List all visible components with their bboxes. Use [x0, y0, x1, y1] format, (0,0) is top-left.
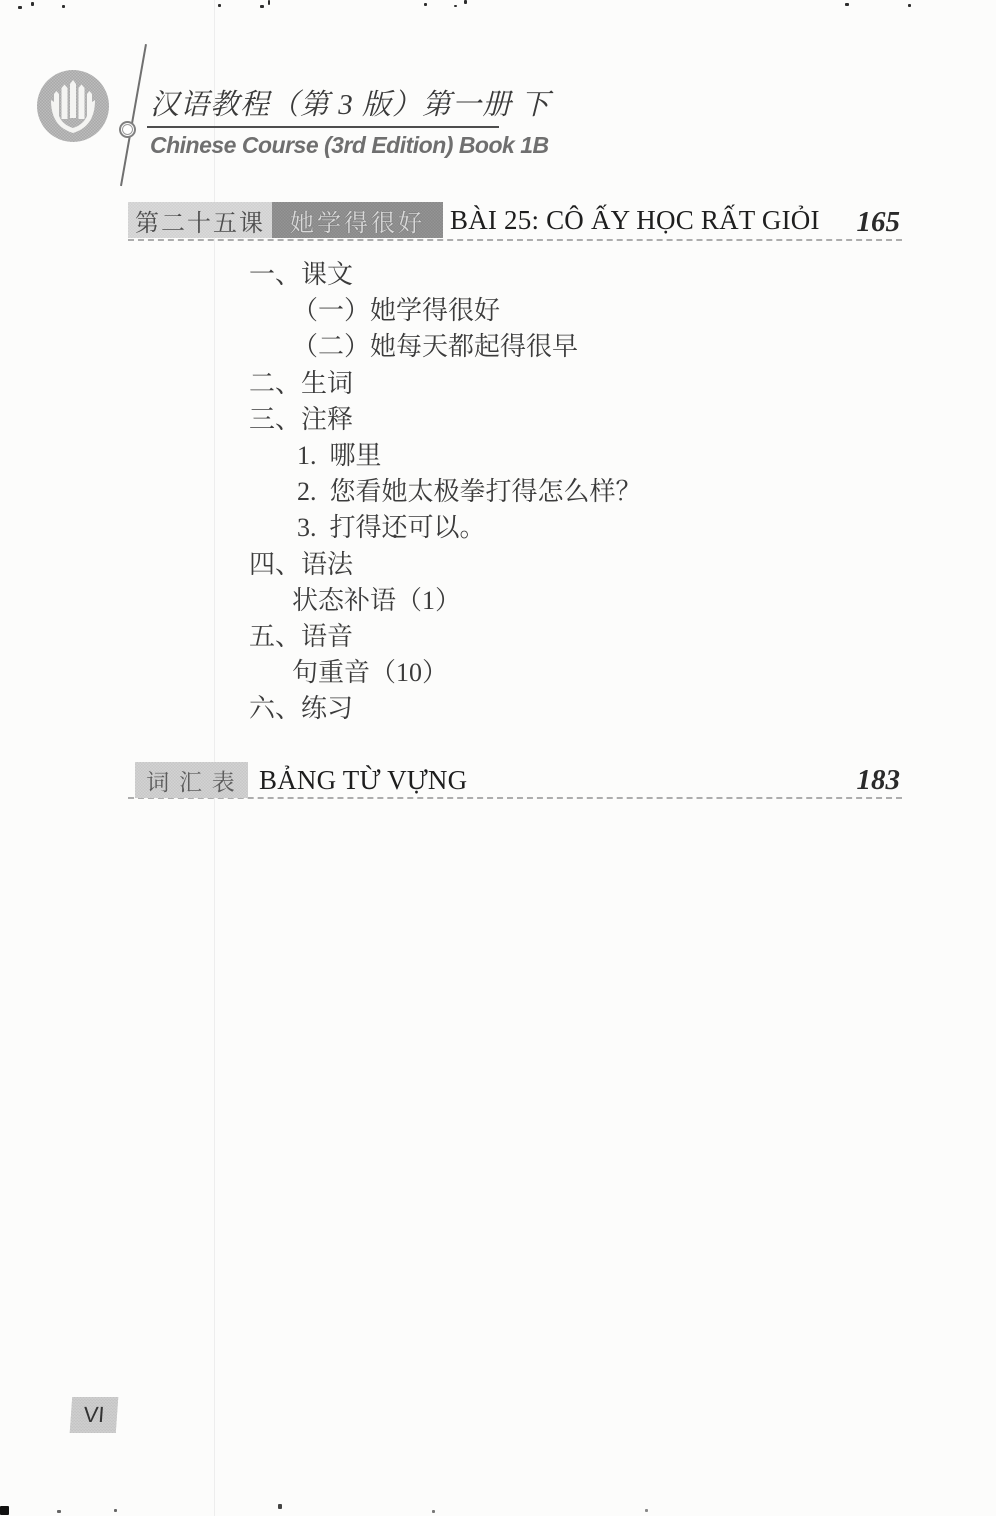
toc-item: 三、注释	[0, 402, 996, 438]
scan-artifact	[18, 6, 22, 9]
toc-item: （一）她学得很好	[0, 293, 996, 329]
scan-artifact	[218, 4, 221, 7]
scan-artifact	[62, 5, 65, 8]
toc-item: （二）她每天都起得很早	[0, 329, 996, 365]
vocabulary-row: 词 汇 表 BẢNG TỪ VỰNG 183	[128, 760, 902, 799]
toc-item: 1. 哪里	[0, 438, 996, 474]
vocabulary-badge: 词 汇 表	[135, 762, 248, 798]
lesson-page-number: 165	[857, 204, 901, 240]
scan-artifact	[908, 4, 911, 7]
toc-item: 状态补语（1）	[0, 583, 996, 619]
lesson-number-badge: 第二十五课	[128, 202, 272, 238]
toc-item: 五、语音	[0, 619, 996, 655]
toc-item: 二、生词	[0, 366, 996, 402]
open-book-icon	[37, 70, 109, 142]
scan-artifact	[57, 1510, 61, 1513]
lesson-title-vietnamese: BÀI 25: CÔ ẤY HỌC RẤT GIỎI	[450, 202, 820, 238]
publisher-logo	[37, 70, 109, 142]
scan-artifact	[845, 3, 849, 6]
book-title-chinese: 汉语教程（第 3 版）第一册 下	[150, 82, 550, 123]
toc-item: 一、课文	[0, 257, 996, 293]
toc-item: 四、语法	[0, 547, 996, 583]
toc-item: 句重音（10）	[0, 655, 996, 691]
vocabulary-title-vietnamese: BẢNG TỪ VỰNG	[259, 760, 467, 796]
table-of-contents: 一、课文 （一）她学得很好 （二）她每天都起得很早 二、生词 三、注释 1. 哪…	[0, 257, 996, 727]
scan-artifact	[31, 2, 34, 6]
scan-artifact	[114, 1509, 117, 1512]
vocabulary-page-number: 183	[857, 762, 901, 798]
toc-item: 2. 您看她太极拳打得怎么样？	[0, 474, 996, 510]
folio-page-label: VI	[70, 1397, 119, 1433]
scan-artifact	[268, 0, 270, 5]
toc-item: 3. 打得还可以。	[0, 510, 996, 546]
lesson-heading-row: 第二十五课 她学得很好 BÀI 25: CÔ ẤY HỌC RẤT GIỎI 1…	[128, 202, 902, 241]
scan-artifact	[424, 3, 427, 6]
decorative-ring	[119, 121, 136, 138]
header-rule	[147, 126, 499, 128]
scan-artifact	[454, 5, 457, 7]
scan-artifact	[278, 1504, 282, 1509]
lesson-title-badge: 她学得很好	[272, 202, 443, 238]
decorative-diagonal-line	[120, 44, 147, 186]
scan-artifact	[432, 1510, 435, 1513]
scan-artifact	[0, 1506, 9, 1515]
stress-dot: ·	[390, 522, 400, 552]
scan-artifact	[645, 1509, 648, 1512]
scan-artifact	[464, 0, 467, 4]
scanned-toc-page: 汉语教程（第 3 版）第一册 下 Chinese Course (3rd Edi…	[0, 0, 996, 1516]
scan-artifact	[260, 5, 264, 8]
toc-item: 六、练习	[0, 691, 996, 727]
book-title-english: Chinese Course (3rd Edition) Book 1B	[150, 132, 549, 159]
